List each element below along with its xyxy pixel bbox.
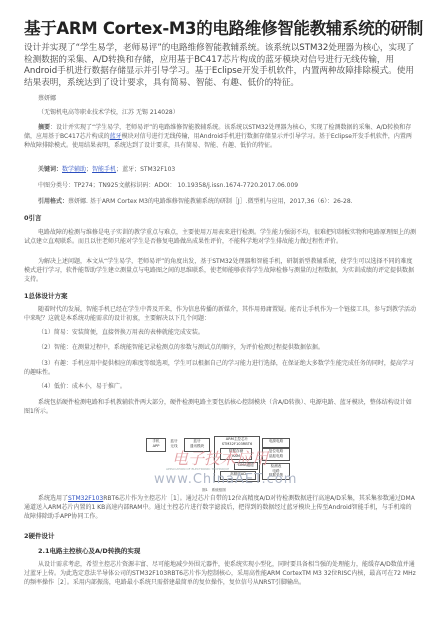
abstract: 摘要：设计并实现了“学生易学，老师易评”的电路维修智能教辅系统。该系统以STM3…: [24, 123, 414, 150]
document-summary: 设计并实现了“学生易学，老师易评”的电路维修智能教辅系统。该系统以STM32处理…: [24, 43, 420, 89]
keywords: 关键词：数学辅助；智能手机；蓝牙；STM32F103: [38, 165, 175, 174]
abstract-link-bluetooth[interactable]: 蓝牙: [110, 133, 122, 140]
section-heading-intro: 0引言: [24, 213, 42, 222]
figure-caption: 图1 系统框图: [202, 488, 226, 493]
citation-label: 引用格式：: [38, 198, 68, 205]
subsection-2-1-paragraph: 从设计需求考虑，希望主控芯片资源丰富、尽可能地减少外围元器件，使系统实现小型化，…: [24, 560, 416, 587]
watermark-logo: 电子技术应用: [172, 446, 268, 469]
figure-1-system-diagram: 手机APP 蓝牙无线 蓝牙通讯模块 ARM主控芯片STM32F103RBT6 数…: [146, 436, 292, 496]
list-item-1: （1）简易：安装简便，直接替换万用表的表棒就能完成安装。: [38, 328, 416, 337]
intro-paragraph-2: 为解决上述问题，本文从“学生易学，老师易评”的角度出发，基于STM32处理器和智…: [24, 257, 416, 284]
intro-paragraph-1: 电路故障的检测与维修是电子实训的教学重点与难点，主要使用万用表来进行检测。学生能…: [24, 228, 416, 246]
section-heading-1: 1总体设计方案: [24, 291, 68, 300]
box-phone-app: 手机APP: [146, 438, 166, 452]
classification-line: 中图分类号：TP274；TN925文献标识码：ADOI： 10.19358/j.…: [38, 181, 298, 190]
document-title: 基于ARM Cortex-M3的电路维修智能教辅系统的研制: [24, 15, 423, 39]
subsection-heading-2-1: 2.1电路主控核心及A/D转换的实现: [38, 546, 140, 555]
author-name: 蔡妍娜: [38, 94, 56, 103]
section1-paragraph-1: 随着时代的发展，智能手机已经在学生中普及开来，作为信息传播的新媒介，其作用毋庸置…: [24, 305, 416, 323]
keywords-rest: ；蓝牙；STM32F103: [116, 166, 175, 173]
keyword-link-1[interactable]: 数学辅助: [62, 166, 86, 173]
section1-paragraph-2: 系统包括硬件检测电路和手机教辅软件两大部分，硬件检测电路主要包括核心控制模块（含…: [24, 398, 416, 416]
arm-core-label: ARM主控芯片STM32F103RBT6: [215, 437, 259, 446]
list-item-2: （2）智能：在测量过程中，系统能智能记录检测点的参数与测试点的顺序，为评价检测过…: [38, 343, 416, 352]
list-item-3: （3）有趣：手机应用中提供相应的难度等级选项，学生可以根据自己的学习能力进行选择…: [24, 359, 416, 377]
keywords-label: 关键词：: [38, 166, 62, 173]
list-item-4: （4）低价：成本小，易于推广。: [38, 382, 416, 391]
citation-text: 蔡妍娜. 基于ARM Cortex M3的电路维修智能教辅系统的研制［J］.微型…: [68, 198, 353, 205]
para3-text-before: 系统选用了: [38, 495, 68, 502]
section1-paragraph-3: 系统选用了STM32F103RBT6芯片作为主控芯片［1］。通过芯片自带的12位…: [24, 494, 416, 521]
citation-line: 引用格式：蔡妍娜. 基于ARM Cortex M3的电路维修智能教辅系统的研制［…: [38, 197, 353, 206]
watermark-url: www.ChinaAET.com: [154, 472, 297, 487]
abstract-label: 摘要: [38, 124, 50, 131]
author-affiliation: （无锡机电高等职业技术学校，江苏 无锡 214028）: [38, 108, 179, 117]
link-stm32f103[interactable]: STM32F103: [68, 495, 103, 502]
watermark-subtitle: APPLICATION OF ELECTRONIC TECHNIQUE: [166, 467, 229, 471]
keyword-link-2[interactable]: 智能手机: [92, 166, 116, 173]
section-heading-2: 2硬件设计: [24, 531, 55, 540]
